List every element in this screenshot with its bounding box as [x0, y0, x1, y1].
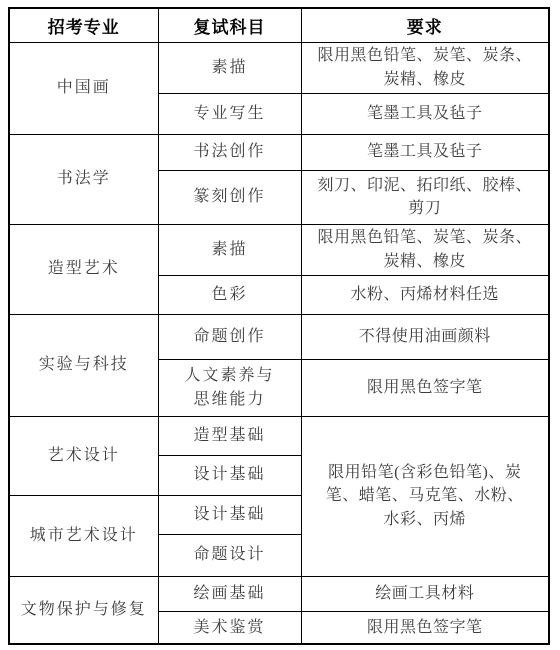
subject-cell: 美术鉴赏	[158, 611, 301, 644]
header-row: 招考专业 复试科目 要求	[9, 8, 549, 42]
admission-exam-requirements-table: 招考专业 复试科目 要求 中国画 素描 限用黑色铅笔、炭笔、炭条、 炭精、橡皮 …	[8, 7, 550, 645]
table-row: 艺术设计 造型基础 限用铅笔(含彩色铅笔)、炭 笔、蜡笔、马克笔、水粉、 水彩、…	[9, 416, 549, 455]
subject-cell: 绘画基础	[158, 576, 301, 611]
requirement-cell: 限用铅笔(含彩色铅笔)、炭 笔、蜡笔、马克笔、水粉、 水彩、丙烯	[301, 416, 549, 576]
subject-cell: 命题创作	[158, 314, 301, 359]
requirement-cell: 水粉、丙烯材料任选	[301, 275, 549, 314]
major-cell: 文物保护与修复	[9, 576, 158, 644]
subject-cell: 命题设计	[158, 534, 301, 576]
major-cell: 造型艺术	[9, 224, 158, 314]
major-cell: 艺术设计	[9, 416, 158, 495]
major-cell: 实验与科技	[9, 314, 158, 416]
subject-cell: 色彩	[158, 275, 301, 314]
requirement-cell: 笔墨工具及毡子	[301, 134, 549, 170]
subject-cell: 书法创作	[158, 134, 301, 170]
subject-cell: 设计基础	[158, 495, 301, 534]
subject-cell: 造型基础	[158, 416, 301, 455]
requirement-cell: 笔墨工具及毡子	[301, 93, 549, 134]
subject-cell: 素描	[158, 42, 301, 93]
col-header-subject: 复试科目	[158, 8, 301, 42]
subject-cell: 人文素养与 思维能力	[158, 359, 301, 416]
col-header-major: 招考专业	[9, 8, 158, 42]
subject-cell: 篆刻创作	[158, 170, 301, 224]
subject-cell: 素描	[158, 224, 301, 275]
requirement-cell: 绘画工具材料	[301, 576, 549, 611]
requirement-cell: 刻刀、印泥、拓印纸、胶棒、 剪刀	[301, 170, 549, 224]
table-row: 中国画 素描 限用黑色铅笔、炭笔、炭条、 炭精、橡皮	[9, 42, 549, 93]
subject-cell: 设计基础	[158, 455, 301, 495]
major-cell: 中国画	[9, 42, 158, 134]
major-cell: 书法学	[9, 134, 158, 224]
table-row: 实验与科技 命题创作 不得使用油画颜料	[9, 314, 549, 359]
col-header-requirement: 要求	[301, 8, 549, 42]
requirement-cell: 限用黑色铅笔、炭笔、炭条、 炭精、橡皮	[301, 224, 549, 275]
table-row: 文物保护与修复 绘画基础 绘画工具材料	[9, 576, 549, 611]
requirement-cell: 限用黑色铅笔、炭笔、炭条、 炭精、橡皮	[301, 42, 549, 93]
requirement-cell: 限用黑色签字笔	[301, 611, 549, 644]
subject-cell: 专业写生	[158, 93, 301, 134]
requirement-cell: 不得使用油画颜料	[301, 314, 549, 359]
major-cell: 城市艺术设计	[9, 495, 158, 576]
table-row: 书法学 书法创作 笔墨工具及毡子	[9, 134, 549, 170]
requirement-cell: 限用黑色签字笔	[301, 359, 549, 416]
table-row: 造型艺术 素描 限用黑色铅笔、炭笔、炭条、 炭精、橡皮	[9, 224, 549, 275]
